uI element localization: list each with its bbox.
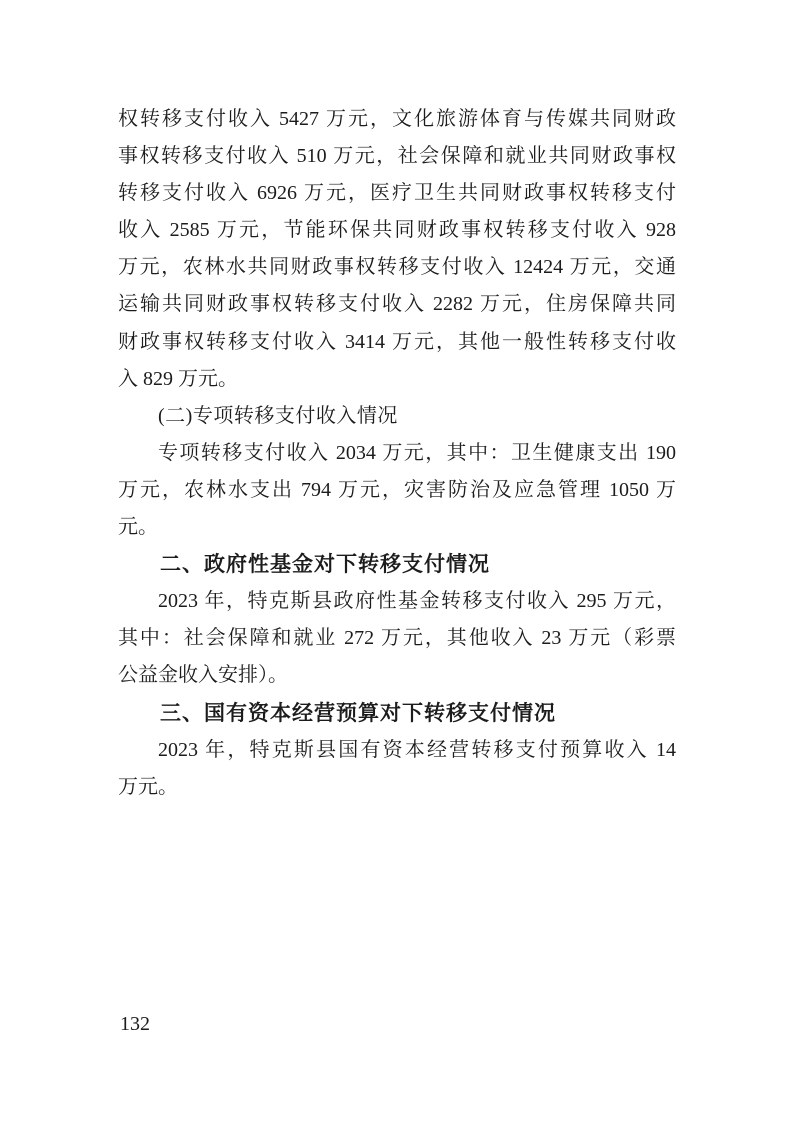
text-line: 权转移支付收入 5427 万元，文化旅游体育与传媒共同财政: [118, 101, 676, 138]
text-line: 事权转移支付收入 510 万元，社会保障和就业共同财政事权: [118, 138, 676, 175]
paragraph: 2023 年，特克斯县政府性基金转移支付收入 295 万元，其中：社会保障和就业…: [118, 583, 676, 694]
text-line: 财政事权转移支付收入 3414 万元，其他一般性转移支付收: [118, 324, 676, 361]
sub-section-heading: (二)专项转移支付收入情况: [118, 398, 676, 435]
text-line: 运输共同财政事权转移支付收入 2282 万元，住房保障共同: [118, 286, 676, 323]
document-body: 权转移支付收入 5427 万元，文化旅游体育与传媒共同财政事权转移支付收入 51…: [118, 101, 676, 806]
text-line: 转移支付收入 6926 万元，医疗卫生共同财政事权转移支付: [118, 175, 676, 212]
section-heading: 二、政府性基金对下转移支付情况: [118, 546, 676, 583]
text-line: 万元，农林水支出 794 万元，灾害防治及应急管理 1050 万: [118, 472, 676, 509]
page-number: 132: [120, 1012, 150, 1036]
text-line: 专项转移支付收入 2034 万元，其中：卫生健康支出 190: [118, 435, 676, 472]
document-page: 权转移支付收入 5427 万元，文化旅游体育与传媒共同财政事权转移支付收入 51…: [0, 0, 793, 1122]
paragraph: 专项转移支付收入 2034 万元，其中：卫生健康支出 190万元，农林水支出 7…: [118, 435, 676, 546]
text-line: 三、国有资本经营预算对下转移支付情况: [118, 695, 676, 732]
text-line: 2023 年，特克斯县政府性基金转移支付收入 295 万元，: [118, 583, 676, 620]
paragraph: 2023 年，特克斯县国有资本经营转移支付预算收入 14万元。: [118, 732, 676, 806]
text-line: 万元，农林水共同财政事权转移支付收入 12424 万元，交通: [118, 249, 676, 286]
text-line: 万元。: [118, 769, 676, 806]
text-line: 公益金收入安排）。: [118, 657, 676, 694]
text-line: 收入 2585 万元，节能环保共同财政事权转移支付收入 928: [118, 212, 676, 249]
text-line: 其中：社会保障和就业 272 万元，其他收入 23 万元（彩票: [118, 620, 676, 657]
section-heading: 三、国有资本经营预算对下转移支付情况: [118, 695, 676, 732]
text-line: (二)专项转移支付收入情况: [118, 398, 676, 435]
text-line: 2023 年，特克斯县国有资本经营转移支付预算收入 14: [118, 732, 676, 769]
paragraph: 权转移支付收入 5427 万元，文化旅游体育与传媒共同财政事权转移支付收入 51…: [118, 101, 676, 398]
text-line: 入 829 万元。: [118, 361, 676, 398]
text-line: 元。: [118, 509, 676, 546]
text-line: 二、政府性基金对下转移支付情况: [118, 546, 676, 583]
